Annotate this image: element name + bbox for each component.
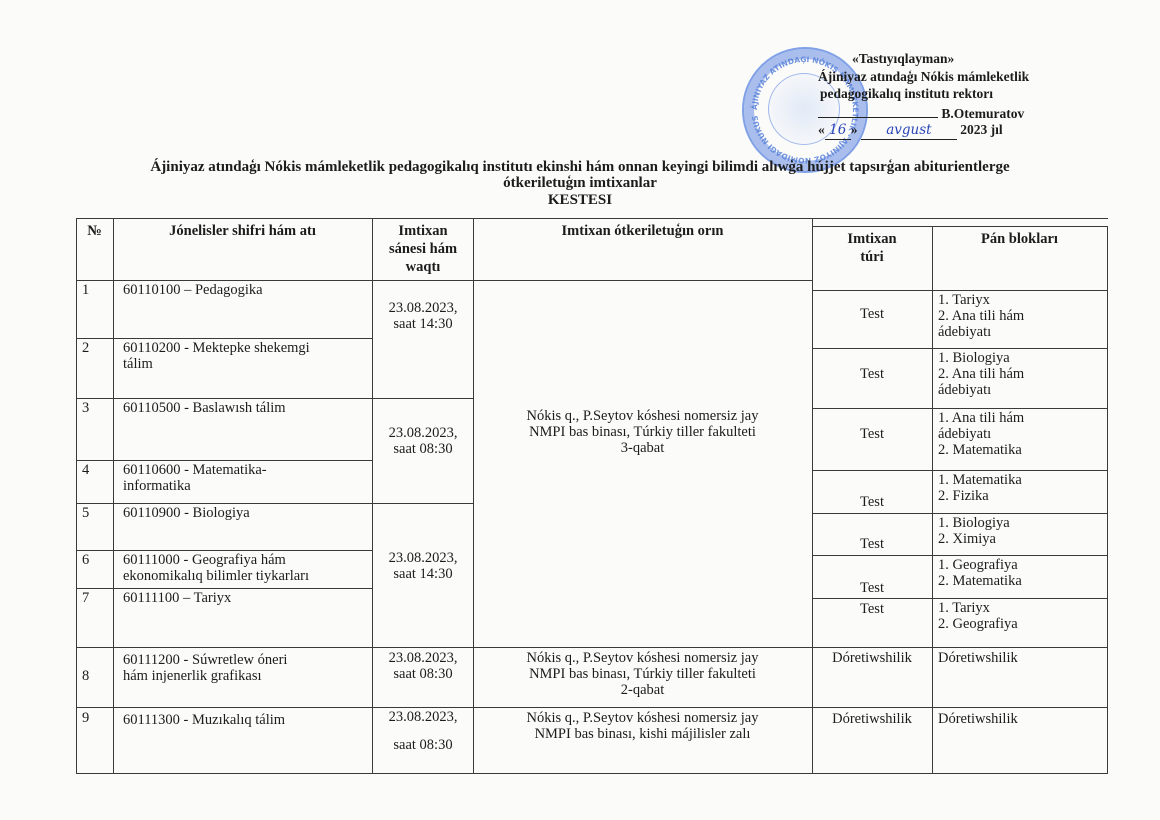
exam-date-rows-3-4: 23.08.2023, saat 08:30 (373, 425, 473, 457)
row-border (812, 598, 1108, 599)
row-number: 1 (82, 282, 112, 298)
header-place: Imtixan ótkeriletuģın orın (473, 222, 812, 240)
direction-name: 60111100 – Tariyx (123, 590, 371, 606)
direction-name: 60110900 - Biologiya (123, 505, 371, 521)
exam-type: Test (812, 536, 932, 552)
subject-blocks: 1. Biologiya 2. Ximiya (938, 515, 1106, 547)
row-border (812, 290, 1108, 291)
header-blocks: Pán blokları (932, 230, 1107, 248)
direction-name: 60111200 - Súwretlew óneri hám injenerli… (123, 652, 371, 684)
header-direction: Jónelisler shifri hám atı (113, 222, 372, 240)
row-border (76, 280, 812, 281)
row-border (76, 503, 473, 504)
exam-place-row-9: Nókis q., P.Seytov kóshesi nomersiz jay … (473, 710, 812, 742)
approval-day: 16 (825, 122, 851, 140)
header-date: Imtixan sánesi hám waqtı (373, 222, 473, 276)
row-border (812, 226, 1108, 227)
direction-name: 60110500 - Baslawısh tálim (123, 400, 371, 416)
row-border (76, 460, 373, 461)
row-number: 9 (82, 710, 112, 726)
exam-date-row-9: 23.08.2023, saat 08:30 (373, 710, 473, 752)
row-border (76, 647, 1108, 648)
exam-type: Test (812, 366, 932, 382)
exam-type: Dóretiwshilik (812, 650, 932, 666)
direction-name: 60110100 – Pedagogika (123, 282, 371, 298)
table-bottom-border (76, 773, 1108, 774)
subject-blocks: 1. Ana tili hám ádebiyatı 2. Matematika (938, 410, 1106, 458)
approval-position: pedagogikalıq institutı rektorı (820, 85, 993, 102)
heading-line-3: KESTESI (30, 191, 1130, 209)
direction-name: 60110200 - Mektepke shekemgi tálim (123, 340, 371, 372)
heading-line-2: ótkeriletuģın imtixanlar (30, 174, 1130, 192)
col-border (113, 218, 114, 774)
exam-type: Test (812, 601, 932, 617)
row-number: 2 (82, 340, 112, 356)
approval-date-line: «16» avgust 2023 jıl (818, 121, 1003, 140)
header-type: Imtixan túri (812, 230, 932, 266)
exam-type: Test (812, 494, 932, 510)
header-num: № (76, 222, 113, 240)
exam-date-rows-5-7: 23.08.2023, saat 14:30 (373, 550, 473, 582)
subject-blocks: Dóretiwshilik (938, 711, 1106, 727)
exam-type: Test (812, 580, 932, 596)
approval-title: «Tastıyıqlayman» (852, 50, 954, 67)
direction-name: 60111300 - Muzıkalıq tálim (123, 712, 371, 728)
exam-date-rows-1-2: 23.08.2023, saat 14:30 (373, 300, 473, 332)
table-top-border (76, 218, 1108, 219)
row-number: 4 (82, 462, 112, 478)
row-border (76, 398, 473, 399)
subject-blocks: 1. Biologiya 2. Ana tili hám ádebiyatı (938, 350, 1106, 398)
signature (818, 103, 938, 118)
row-number: 5 (82, 505, 112, 521)
row-number: 3 (82, 400, 112, 416)
row-number: 8 (82, 668, 112, 684)
row-border (76, 550, 373, 551)
row-border (812, 513, 1108, 514)
approval-year: 2023 jıl (960, 122, 1002, 137)
exam-date-row-8: 23.08.2023, saat 08:30 (373, 650, 473, 682)
subject-blocks: 1. Tariyx 2. Ana tili hám ádebiyatı (938, 292, 1106, 340)
approval-month: avgust (861, 122, 957, 140)
row-border (812, 348, 1108, 349)
direction-name: 60111000 - Geografiya hám ekonomikalıq b… (123, 552, 371, 584)
row-border (76, 588, 373, 589)
direction-name: 60110600 - Matematika- informatika (123, 462, 371, 494)
approval-signature-line: B.Otemuratov (818, 103, 1024, 122)
col-border (1107, 226, 1108, 774)
col-border (76, 218, 77, 774)
subject-blocks: 1. Matematika 2. Fizika (938, 472, 1106, 504)
col-border (932, 226, 933, 774)
exam-type: Test (812, 426, 932, 442)
subject-blocks: 1. Geografiya 2. Matematika (938, 557, 1106, 589)
subject-blocks: Dóretiwshilik (938, 650, 1106, 666)
row-border (812, 555, 1108, 556)
exam-place-row-8: Nókis q., P.Seytov kóshesi nomersiz jay … (473, 650, 812, 698)
exam-place-rows-1-7: Nókis q., P.Seytov kóshesi nomersiz jay … (473, 408, 812, 456)
row-number: 6 (82, 552, 112, 568)
row-number: 7 (82, 590, 112, 606)
subject-blocks: 1. Tariyx 2. Geografiya (938, 600, 1106, 632)
row-border (812, 470, 1108, 471)
row-border (76, 707, 1108, 708)
signatory-name: B.Otemuratov (941, 106, 1024, 121)
exam-type: Test (812, 306, 932, 322)
exam-type: Dóretiwshilik (812, 711, 932, 727)
approval-institute: Ájiniyaz atındaģı Nókis mámleketlik (818, 68, 1029, 85)
row-border (76, 338, 373, 339)
row-border (812, 408, 1108, 409)
